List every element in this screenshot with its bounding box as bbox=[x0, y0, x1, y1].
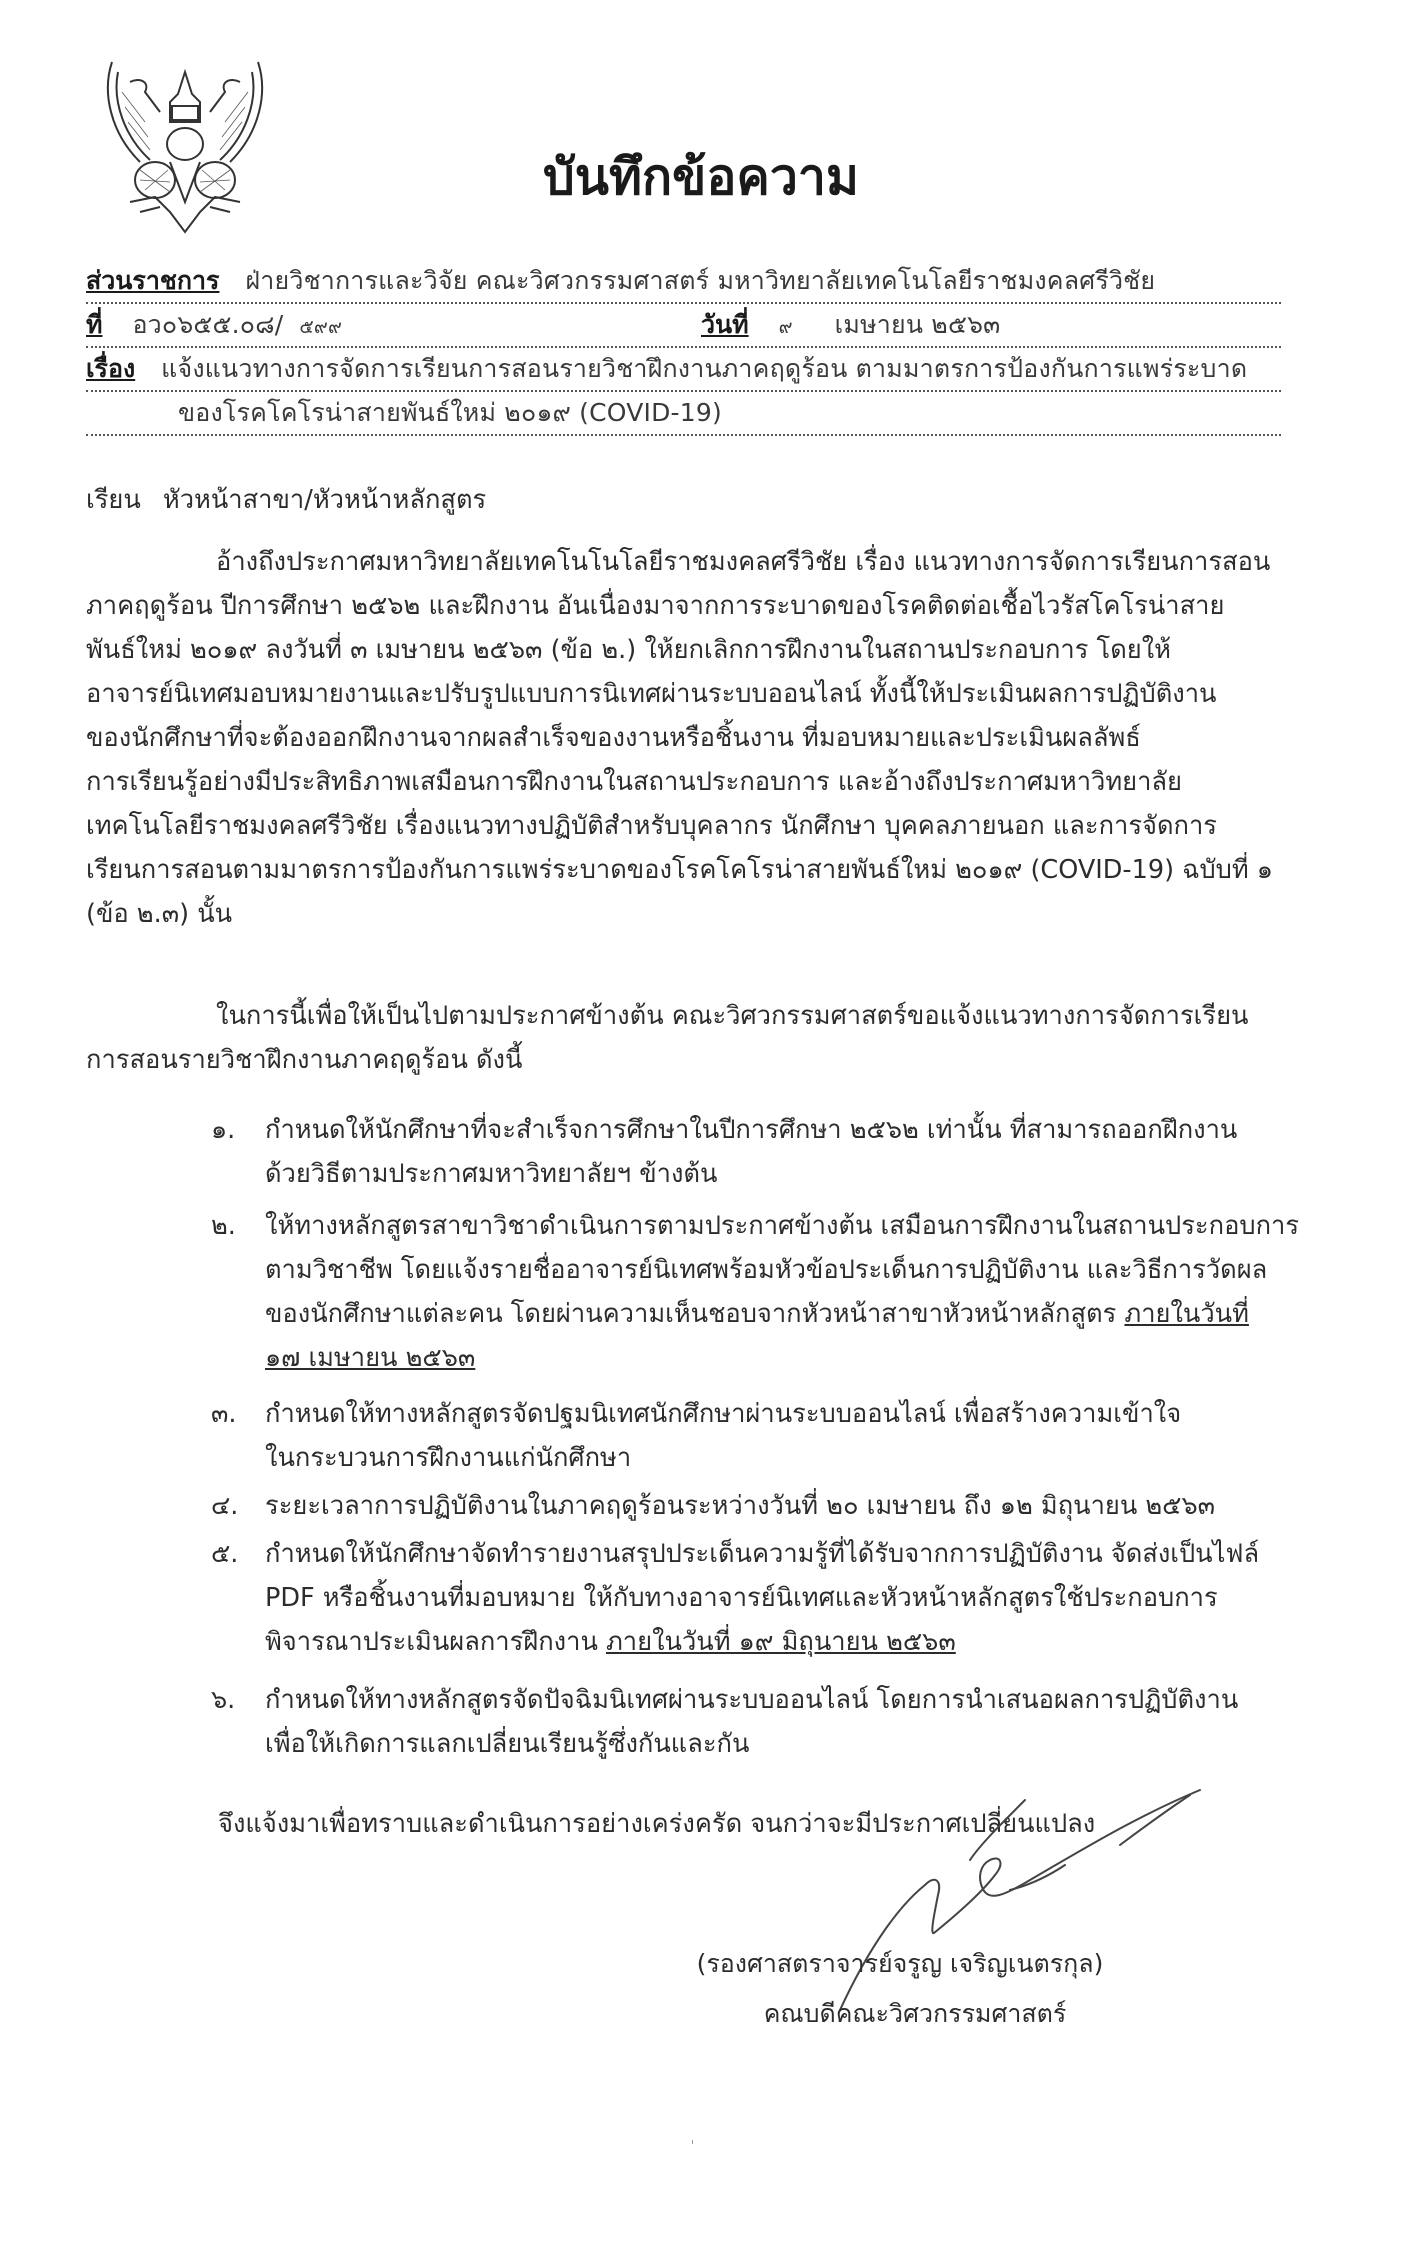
paragraph-line: ภาคฤดูร้อน ปีการศึกษา ๒๕๖๒ และฝึกงาน อัน… bbox=[86, 584, 1301, 628]
list-number: ๕. bbox=[211, 1532, 238, 1576]
handwritten-signature-icon bbox=[830, 1785, 1230, 2025]
list-line: พิจารณาประเมินผลการฝึกงาน ภายในวันที่ ๑๙… bbox=[265, 1620, 1305, 1664]
subject-label: เรื่อง bbox=[86, 354, 135, 383]
list-line: กำหนดให้ทางหลักสูตรจัดปัจฉิมนิเทศผ่านระบ… bbox=[265, 1678, 1305, 1722]
list-number: ๖. bbox=[211, 1678, 235, 1722]
subject-field: เรื่อง แจ้งแนวทางการจัดการเรียนการสอนราย… bbox=[86, 350, 1281, 392]
date-group: วันที่ ๙ เมษายน ๒๕๖๓ bbox=[701, 306, 1000, 346]
deadline-text: ภายในวันที่ bbox=[1124, 1299, 1249, 1329]
paragraph-line: เทคโนโลยีราชมงคลศรีวิชัย เรื่องแนวทางปฏิ… bbox=[86, 804, 1301, 848]
list-line: กำหนดให้นักศึกษาที่จะสำเร็จการศึกษาในปีก… bbox=[265, 1108, 1305, 1152]
date-month-year: เมษายน ๒๕๖๓ bbox=[835, 310, 1001, 339]
list-line: ของนักศึกษาแต่ละคน โดยผ่านความเห็นชอบจาก… bbox=[265, 1292, 1305, 1336]
reference-number: ๕๙๙ bbox=[299, 316, 342, 338]
paragraph-line: อ้างถึงประกาศมหาวิทยาลัยเทคโนโนโลยีราชมง… bbox=[86, 540, 1301, 584]
paragraph-line: อาจารย์นิเทศมอบหมายงานและปรับรูปแบบการนิ… bbox=[86, 672, 1301, 716]
paragraph-line: การเรียนรู้อย่างมีประสิทธิภาพเสมือนการฝึ… bbox=[86, 760, 1301, 804]
list-line: ตามวิชาชีพ โดยแจ้งรายชื่ออาจารย์นิเทศพร้… bbox=[265, 1248, 1305, 1292]
signatory-position: คณบดีคณะวิศวกรรมศาสตร์ bbox=[655, 1994, 1175, 2034]
date-label: วันที่ bbox=[701, 310, 749, 339]
list-line: ในกระบวนการฝึกงานแก่นักศึกษา bbox=[265, 1436, 1305, 1480]
date-day: ๙ bbox=[779, 316, 793, 338]
paragraph-line: การสอนรายวิชาฝึกงานภาคฤดูร้อน ดังนี้ bbox=[86, 1038, 1301, 1082]
paragraph-line: เรียนการสอนตามมาตรการป้องกันการแพร่ระบาด… bbox=[86, 848, 1301, 892]
paragraph-purpose: ในการนี้เพื่อให้เป็นไปตามประกาศข้างต้น ค… bbox=[86, 994, 1301, 1082]
department-value: ฝ่ายวิชาการและวิจัย คณะวิศวกรรมศาสตร์ มห… bbox=[245, 266, 1155, 295]
list-number: ๓. bbox=[211, 1392, 237, 1436]
subject-continuation: ของโรคโคโรน่าสายพันธ์ใหม่ ๒๐๑๙ (COVID-19… bbox=[86, 394, 1281, 436]
list-line: ระยะเวลาการปฏิบัติงานในภาคฤดูร้อนระหว่าง… bbox=[265, 1484, 1305, 1528]
department-label: ส่วนราชการ bbox=[86, 266, 219, 295]
subject-line-2: ของโรคโคโรน่าสายพันธ์ใหม่ ๒๐๑๙ (COVID-19… bbox=[86, 398, 722, 427]
list-line: ให้ทางหลักสูตรสาขาวิชาดำเนินการตามประกาศ… bbox=[265, 1204, 1305, 1248]
paragraph-line: พันธ์ใหม่ ๒๐๑๙ ลงวันที่ ๓ เมษายน ๒๕๖๓ (ข… bbox=[86, 628, 1301, 672]
list-number: ๑. bbox=[211, 1108, 235, 1152]
reference-label: ที่ bbox=[86, 310, 102, 339]
document-title: บันทึกข้อความ bbox=[0, 138, 1402, 217]
paragraph-line: ของนักศึกษาที่จะต้องออกฝึกงานจากผลสำเร็จ… bbox=[86, 716, 1301, 760]
salutation: เรียน หัวหน้าสาขา/หัวหน้าหลักสูตร bbox=[86, 478, 486, 522]
paragraph-reference: อ้างถึงประกาศมหาวิทยาลัยเทคโนโนโลยีราชมง… bbox=[86, 540, 1301, 936]
signatory-name: (รองศาสตราจารย์จรูญ เจริญเนตรกุล) bbox=[640, 1944, 1160, 1984]
salutation-value: หัวหน้าสาขา/หัวหน้าหลักสูตร bbox=[163, 485, 486, 515]
list-line: ด้วยวิธีตามประกาศมหาวิทยาลัยฯ ข้างต้น bbox=[265, 1152, 1305, 1196]
list-line-text: ของนักศึกษาแต่ละคน โดยผ่านความเห็นชอบจาก… bbox=[265, 1299, 1124, 1329]
paragraph-line: ในการนี้เพื่อให้เป็นไปตามประกาศข้างต้น ค… bbox=[86, 994, 1301, 1038]
subject-line-1: แจ้งแนวทางการจัดการเรียนการสอนรายวิชาฝึก… bbox=[161, 354, 1247, 383]
deadline-date: ๑๗ เมษายน ๒๕๖๓ bbox=[265, 1336, 1305, 1380]
list-number: ๔. bbox=[211, 1484, 238, 1528]
paragraph-line: (ข้อ ๒.๓) นั้น bbox=[86, 892, 1301, 936]
list-line: เพื่อให้เกิดการแลกเปลี่ยนเรียนรู้ซึ่งกัน… bbox=[265, 1722, 1305, 1766]
list-line: กำหนดให้นักศึกษาจัดทำรายงานสรุปประเด็นคว… bbox=[265, 1532, 1305, 1576]
scan-speck bbox=[692, 2140, 693, 2144]
department-field: ส่วนราชการ ฝ่ายวิชาการและวิจัย คณะวิศวกร… bbox=[86, 262, 1281, 304]
reference-value: อว๐๖๕๕.๐๘/ bbox=[132, 310, 283, 339]
list-line-text: พิจารณาประเมินผลการฝึกงาน bbox=[265, 1627, 606, 1657]
list-line: PDF หรือชิ้นงานที่มอบหมาย ให้กับทางอาจาร… bbox=[265, 1576, 1305, 1620]
list-line: กำหนดให้ทางหลักสูตรจัดปฐมนิเทศนักศึกษาผ่… bbox=[265, 1392, 1305, 1436]
list-number: ๒. bbox=[211, 1204, 236, 1248]
salutation-label: เรียน bbox=[86, 485, 141, 515]
deadline-text: ภายในวันที่ ๑๙ มิถุนายน ๒๕๖๓ bbox=[606, 1627, 956, 1657]
reference-date-field: ที่ อว๐๖๕๕.๐๘/ ๕๙๙ วันที่ ๙ เมษายน ๒๕๖๓ bbox=[86, 306, 1281, 348]
